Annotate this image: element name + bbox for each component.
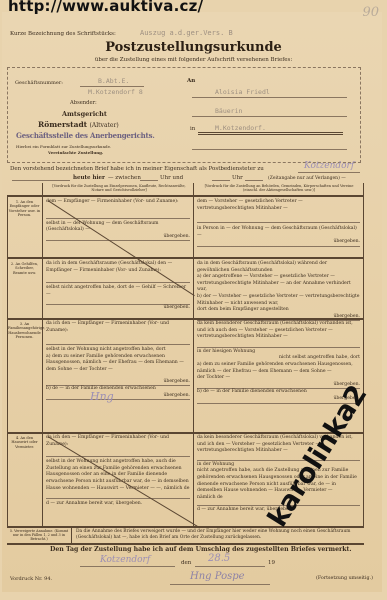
row-3-left-cell: da ich den — Empfänger — Firmeninhaber (… <box>46 321 190 400</box>
footer-year-prefix: 19 <box>268 560 275 566</box>
table-header-rule <box>7 195 364 197</box>
row-1-right-text-1: dem — Vorsteher — gesetzlichen Vertreter… <box>197 199 360 212</box>
row-1-left-cell: dem — Empfänger — Firmeninhaber (Vor- un… <box>46 199 190 241</box>
row-2-left-text-1: da ich in dem Geschäftsraume (Geschäftsl… <box>46 261 190 274</box>
row-2-left-text-2: selbst nicht angetroffen habe, dort de —… <box>46 285 190 298</box>
footer-den-label: den <box>181 560 191 566</box>
time-extra-line <box>245 180 263 181</box>
form-number: Vordruck Nr. 94. <box>10 576 52 582</box>
row-3-right-text-a: a) dem zu seiner Familie gehörenden erwa… <box>197 362 360 375</box>
document-subtitle: über die Zustellung eines mit folgender … <box>0 57 387 63</box>
row-3-handwritten-mark: Hng <box>90 390 114 403</box>
sender-town-region: (Altvater) <box>90 122 119 129</box>
footer-place-handwritten: Kotzendorf <box>100 555 150 565</box>
footer-statement: Den Tag der Zustellung habe ich auf dem … <box>50 546 352 553</box>
table-middle-divider <box>193 183 194 527</box>
row-3-label: 3. An Familienangehörige, Hausbewohnende… <box>8 322 41 340</box>
row-1-label: 1. An den Empfänger oder Vorsteher usw. … <box>8 200 41 218</box>
row-5-text: Da die Annahme des Briefes verweigert wu… <box>76 529 361 540</box>
table-left-border <box>7 196 8 527</box>
row-2-rule <box>7 318 364 320</box>
short-description-label: Kurze Bezeichnung des Schriftstücks: <box>10 31 116 37</box>
row-3-right-text-b: b) de — in der Familie dienenden erwachs… <box>197 389 360 396</box>
sender-town-name: Römerstadt <box>38 120 87 129</box>
sender-stamp: Geschäftsstelle des Anerbengerichts. <box>16 131 155 140</box>
row-4-left-text-1: da ich den — Empfänger — Firmeninhaber (… <box>46 435 190 448</box>
row-2-left-handed-over: übergeben. <box>46 305 190 312</box>
left-column-header: [Vordruck für die Zustellung an Einzelpe… <box>50 184 188 192</box>
short-description-value: Auszug a.d.ger.Vers. B <box>140 29 233 37</box>
row-1-left-text-1: dem — Empfänger — Firmeninhaber (Vor- un… <box>46 199 190 206</box>
recipient-occupation-line <box>192 116 347 117</box>
row-1-right-text-2: in Person in — der Wohnung — dem Geschäf… <box>197 226 360 239</box>
row-4-left-text-2: selbst in der Wohnung nicht angetroffen … <box>46 459 190 492</box>
row-2-right-text-a: a) der angetroffene — Vorsteher — gesetz… <box>197 274 360 294</box>
row-4-rule <box>7 526 364 528</box>
document-title: Postzustellungsurkunde <box>0 40 387 55</box>
recipient-name: Aloisia Friedl <box>215 88 270 96</box>
recipient-name-line <box>192 97 347 98</box>
delivery-place-line <box>298 172 360 173</box>
watermark-url: http://www.auktiva.cz/ <box>8 0 203 15</box>
recipient-occupation: Bäuerin <box>215 107 242 115</box>
row-1-right-blank <box>197 212 360 223</box>
recipient-place: M.Kotzendorf. <box>215 124 266 132</box>
signature-line <box>170 584 270 585</box>
row-1-rule <box>7 257 364 259</box>
row-2-right-text-b: b) der — Vorsteher — gesetzliche Vertret… <box>197 294 360 307</box>
row-3-rule <box>7 432 364 434</box>
today-blank-line <box>12 180 70 181</box>
time-note: (Zeitangabe nur auf Verlangen) — <box>268 176 346 181</box>
table-right-border <box>363 183 364 527</box>
row-3-left-handed-over-b: übergeben. <box>46 393 190 401</box>
row-2-right-cell: da in dem Geschäftsraum (Geschäftslokal)… <box>197 261 360 321</box>
row-4-left-handed-over: d — zur Annahme bereit war, übergeben. <box>46 501 190 508</box>
row-1-left-text-3: selbst in — der Wohnung — dem Geschäftsr… <box>46 221 190 234</box>
row-3-right-text-3: nicht selbst angetroffen habe, dort <box>197 355 360 362</box>
footer-date-line <box>195 566 265 567</box>
row-5-divider <box>71 527 72 543</box>
continued-overleaf-note: (Fortsetzung umseitig.) <box>316 576 373 581</box>
row-4-left-cell: da ich den — Empfänger — Firmeninhaber (… <box>46 435 190 508</box>
row-5-label: 5. Verweigerte Annahme. (Kommt nur in de… <box>8 529 70 541</box>
row-3-right-blank <box>197 341 360 348</box>
footer-date-handwritten: 28.5 <box>208 553 230 564</box>
row-2-right-text-1: da in dem Geschäftsraum (Geschäftslokal)… <box>197 261 360 274</box>
row-3-left-text-1: da ich den — Empfänger — Firmeninhaber (… <box>46 321 190 334</box>
simplified-delivery-note: Vereinfachte Zustellung. <box>48 150 103 155</box>
recipient-extra-line <box>192 149 347 150</box>
table-label-column-divider <box>42 183 43 527</box>
footer-place-line <box>80 566 175 567</box>
time-from-line <box>140 180 158 181</box>
row-1-right-cell: dem — Vorsteher — gesetzlichen Vertreter… <box>197 199 360 247</box>
case-number-value: B.Abt.E. <box>98 77 129 85</box>
enclosure-note: Hierbei ein Formblatt zur Zustellungsurk… <box>16 144 111 149</box>
row-2-left-cell: da ich in dem Geschäftsraume (Geschäftsl… <box>46 261 190 312</box>
right-column-header: [Vordruck für die Zustellung an Behörden… <box>200 184 358 192</box>
case-reference-value: M.Kotzendorf 8 <box>88 88 143 96</box>
pencil-page-number: 90 <box>362 5 379 20</box>
row-3-right-text-daughter: der Tochter — <box>197 375 360 382</box>
time-to-line <box>212 180 230 181</box>
sender-label: Absender: <box>70 100 97 106</box>
row-5-rule <box>7 543 364 545</box>
sender-town: Römerstadt (Altvater) <box>38 120 119 129</box>
row-3-left-text-2: selbst in der Wohnung nicht angetroffen … <box>46 347 190 354</box>
row-3-left-blank <box>46 334 190 345</box>
case-number-label: Geschäftsnummer: <box>15 80 63 86</box>
delivery-statement: Den vorstehend bezeichneten Brief habe i… <box>10 166 264 172</box>
recipient-place-line <box>198 132 343 133</box>
row-3-left-text-b: b) de — in der Familie dienenden erwachs… <box>46 386 190 393</box>
case-number-line <box>80 86 144 87</box>
postman-signature: Hng Pospe <box>190 571 245 582</box>
row-2-right-text-3: dort dem beim Empfänger angestellten <box>197 307 360 314</box>
recipient-to-label: An <box>187 78 195 84</box>
row-4-left-blank-2 <box>46 492 190 499</box>
time-uhr-label: Uhr <box>232 175 243 181</box>
row-3-right-cell: da kein besonderer Geschäftsraum (Geschä… <box>197 321 360 404</box>
sender-court: Amtsgericht <box>62 110 107 118</box>
time-uhr-and-label: Uhr und <box>160 175 183 181</box>
row-3-left-text-a: a) dem zu seiner Familie gehörenden erwa… <box>46 354 190 374</box>
row-1-right-handed-over: übergeben. <box>197 239 360 247</box>
between-label: — zwischen <box>108 175 141 181</box>
recipient-in-label: in <box>190 126 195 132</box>
today-here-label: heute hier <box>73 175 105 181</box>
row-2-label: 2. An Gehilfen, Schreiber, Beamte usw. <box>8 262 41 275</box>
row-4-label: 4. An den Hauswirt oder Vermieter. <box>8 436 41 449</box>
delivery-place-handwritten: Kotzendorf <box>304 161 354 171</box>
recipient-place-double-line <box>198 134 343 135</box>
row-1-left-handed-over: übergeben. <box>46 234 190 242</box>
row-3-right-text-1: da kein besonderer Geschäftsraum (Geschä… <box>197 321 360 341</box>
